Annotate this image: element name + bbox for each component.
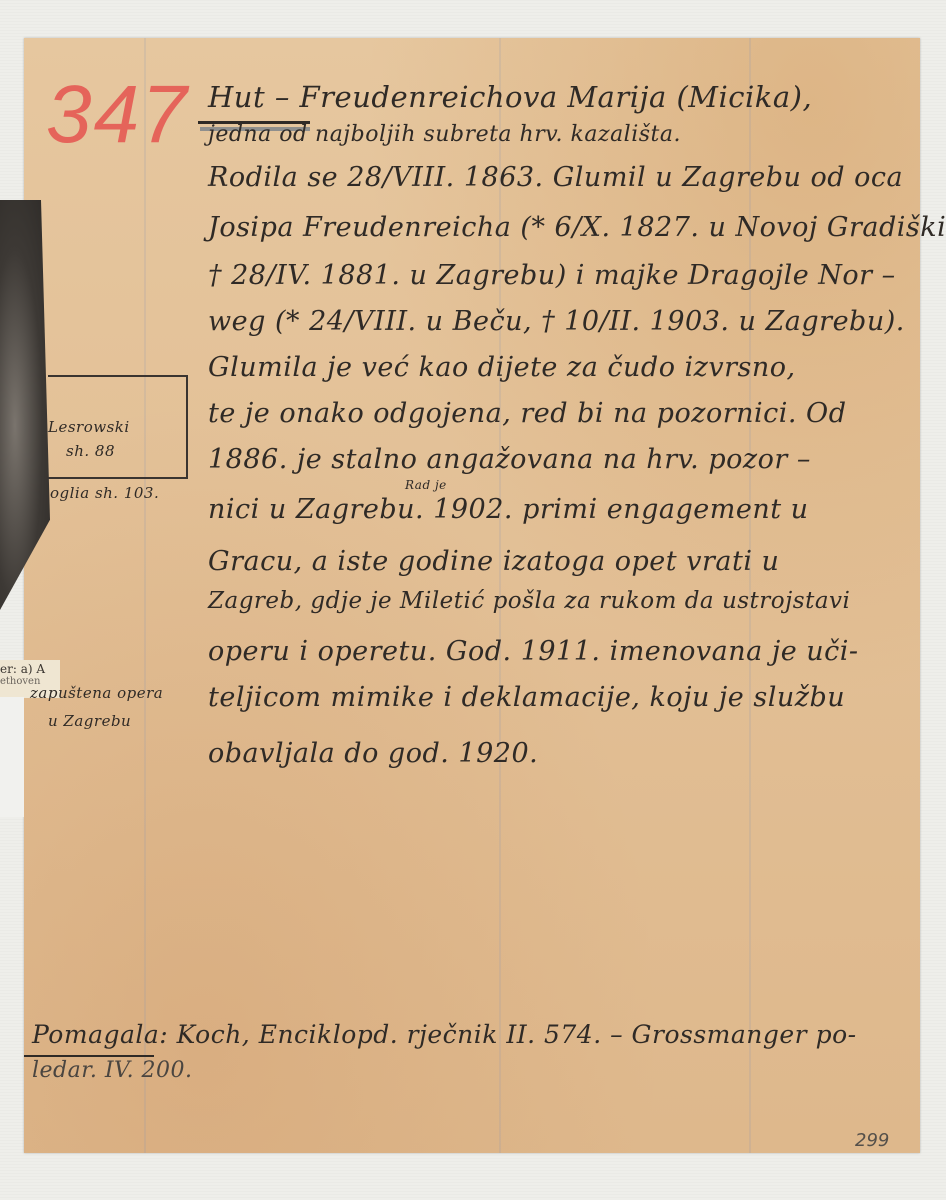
- body-line: weg (* 24/VIII. u Beču, † 10/II. 1903. u…: [208, 306, 905, 337]
- body-line: Gracu, a iste godine izatoga opet vrati …: [208, 546, 779, 577]
- margin-handnote: u Zagrebu: [48, 712, 131, 730]
- body-line: teljicom mimike i deklamacije, koju je s…: [208, 682, 845, 713]
- page-number: 299: [855, 1130, 889, 1151]
- body-line: 1886. je stalno angažovana na hrv. pozor…: [208, 444, 811, 475]
- index-number: 347: [46, 68, 189, 162]
- margin-handnote: zapuštena opera: [30, 684, 163, 702]
- margin-box-line: Lesrowski: [48, 418, 130, 436]
- entry-title: Hut – Freudenreichova Marija (Micika),: [208, 80, 812, 114]
- body-line: operu i operetu. God. 1911. imenovana je…: [208, 636, 859, 667]
- body-line: te je onako odgojena, red bi na pozornic…: [208, 398, 846, 429]
- body-line: Josipa Freudenreicha (* 6/X. 1827. u Nov…: [208, 212, 946, 243]
- body-line: nici u Zagrebu. 1902. primi engagement u: [208, 494, 809, 525]
- sources-line: ledar. IV. 200.: [32, 1058, 193, 1083]
- body-line: obavljala do god. 1920.: [208, 738, 538, 769]
- body-line: Zagreb, gdje je Miletić pošla za rukom d…: [208, 588, 850, 614]
- body-line: Rodila se 28/VIII. 1863. Glumil u Zagreb…: [208, 162, 903, 193]
- sources-line: Pomagala: Koch, Enciklopd. rječnik II. 5…: [32, 1020, 857, 1049]
- body-line: † 28/IV. 1881. u Zagrebu) i majke Dragoj…: [208, 260, 896, 291]
- show-through-rule: [144, 38, 146, 1153]
- clipping-backing: [0, 697, 24, 817]
- body-line: Glumila je već kao dijete za čudo izvrsn…: [208, 352, 796, 383]
- margin-box-line: sh. 88: [66, 442, 115, 460]
- inserted-word: Rad je: [405, 478, 447, 492]
- body-line: jedna od najboljih subreta hrv. kazališt…: [208, 122, 681, 147]
- margin-note: oglia sh. 103.: [50, 484, 159, 502]
- sources-underline: [24, 1055, 154, 1057]
